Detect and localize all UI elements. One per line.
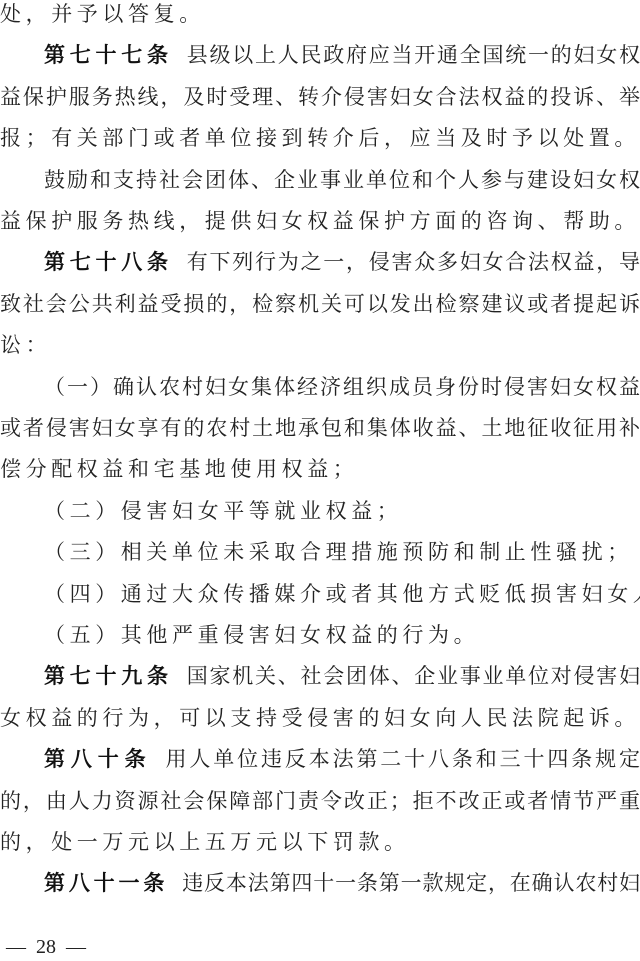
article-heading: 第八十一条 [44, 871, 168, 895]
page-number: — 28 — [6, 932, 86, 961]
text-line: 偿分配权益和宅基地使用权益； [0, 449, 640, 490]
line-text: 县级以上人民政府应当开通全国统一的妇女权 [187, 43, 640, 67]
text-line: （五）其他严重侵害妇女权益的行为。 [44, 615, 640, 656]
article-line: 第七十七条县级以上人民政府应当开通全国统一的妇女权 [44, 35, 640, 76]
text-line: 鼓励和支持社会团体、企业事业单位和个人参与建设妇女权 [44, 160, 640, 201]
text-line: 益保护服务热线，及时受理、转介侵害妇女合法权益的投诉、举 [0, 77, 640, 118]
text-line: 的，处一万元以上五万元以下罚款。 [0, 822, 640, 863]
text-line: 的，由人力资源社会保障部门责令改正；拒不改正或者情节严重 [0, 781, 640, 822]
line-text: （三）相关单位未采取合理措施预防和制止性骚扰； [44, 540, 633, 564]
text-line: （三）相关单位未采取合理措施预防和制止性骚扰； [44, 532, 640, 573]
article-heading: 第七十七条 [44, 43, 173, 67]
line-text: 致社会公共利益受损的，检察机关可以发出检察建议或者提起诉 [0, 292, 640, 316]
line-text: 讼： [0, 333, 51, 357]
text-line: 讼： [0, 325, 640, 366]
line-text: （五）其他严重侵害妇女权益的行为。 [44, 623, 479, 647]
line-text: 或者侵害妇女享有的农村土地承包和集体收益、土地征收征用补 [0, 416, 640, 440]
line-text: 益保护服务热线，及时受理、转介侵害妇女合法权益的投诉、举 [0, 85, 640, 109]
text-line: 处，并予以答复。 [0, 0, 640, 35]
text-line: （一）确认农村妇女集体经济组织成员身份时侵害妇女权益 [44, 367, 640, 408]
line-text: 偿分配权益和宅基地使用权益； [0, 457, 358, 481]
text-line: 女权益的行为，可以支持受侵害的妇女向人民法院起诉。 [0, 698, 640, 739]
line-text: 女权益的行为，可以支持受侵害的妇女向人民法院起诉。 [0, 706, 640, 730]
line-text: 有下列行为之一，侵害众多妇女合法权益，导 [187, 250, 640, 274]
line-text: 处，并予以答复。 [0, 2, 205, 26]
line-text: 的，处一万元以上五万元以下罚款。 [0, 830, 410, 854]
line-text: 违反本法第四十一条第一款规定，在确认农村妇 [182, 871, 640, 895]
text-line: （二）侵害妇女平等就业权益； [44, 491, 640, 532]
text-line: 致社会公共利益受损的，检察机关可以发出检察建议或者提起诉 [0, 284, 640, 325]
line-text: 报；有关部门或者单位接到转介后，应当及时予以处置。 [0, 126, 640, 150]
article-heading: 第七十八条 [44, 250, 173, 274]
line-text: 国家机关、社会团体、企业事业单位对侵害妇 [187, 664, 640, 688]
article-heading: 第八十条 [44, 747, 151, 771]
article-line: 第八十条用人单位违反本法第二十八条和三十四条规定 [44, 739, 640, 780]
text-line: 益保护服务热线，提供妇女权益保护方面的咨询、帮助。 [0, 201, 640, 242]
article-line: 第八十一条违反本法第四十一条第一款规定，在确认农村妇 [44, 863, 640, 904]
text-line: 或者侵害妇女享有的农村土地承包和集体收益、土地征收征用补 [0, 408, 640, 449]
article-line: 第七十九条国家机关、社会团体、企业事业单位对侵害妇 [44, 656, 640, 697]
line-text: （一）确认农村妇女集体经济组织成员身份时侵害妇女权益 [44, 375, 640, 399]
line-text: 益保护服务热线，提供妇女权益保护方面的咨询、帮助。 [0, 209, 640, 233]
text-line: 报；有关部门或者单位接到转介后，应当及时予以处置。 [0, 118, 640, 159]
line-text: 鼓励和支持社会团体、企业事业单位和个人参与建设妇女权 [44, 168, 640, 192]
article-line: 第七十八条有下列行为之一，侵害众多妇女合法权益，导 [44, 242, 640, 283]
article-heading: 第七十九条 [44, 664, 173, 688]
document-page: 处，并予以答复。第七十七条县级以上人民政府应当开通全国统一的妇女权益保护服务热线… [0, 0, 640, 961]
line-text: 用人单位违反本法第二十八条和三十四条规定 [165, 747, 640, 771]
line-text: 的，由人力资源社会保障部门责令改正；拒不改正或者情节严重 [0, 789, 640, 813]
line-text: （二）侵害妇女平等就业权益； [44, 499, 402, 523]
line-text: （四）通过大众传播媒介或者其他方式贬低损害妇女人格； [44, 582, 640, 606]
text-line: （四）通过大众传播媒介或者其他方式贬低损害妇女人格； [44, 574, 640, 615]
